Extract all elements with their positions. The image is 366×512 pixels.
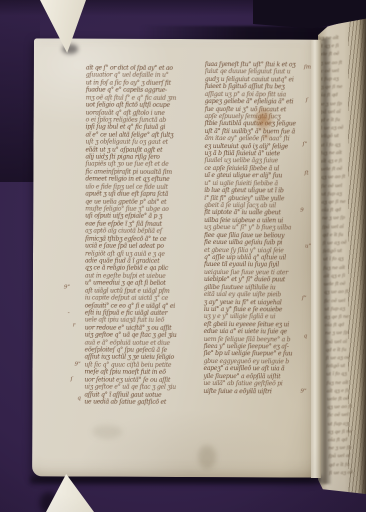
manuscript-line: iu capite deſput ai uictã ʒ° ce bbox=[85, 295, 181, 303]
margin-gloss: q bbox=[77, 396, 81, 402]
parchment-smudge bbox=[198, 445, 216, 469]
parchment-smudge-faint bbox=[92, 425, 122, 439]
margin-gloss: - bbox=[68, 311, 70, 317]
manuscript-line: ue uediã ab ſatiue gaſtſicõ et bbox=[84, 398, 180, 406]
manuscript-photo: ſuʒ ne aĩtaĩt qʒ e ſiuele ſt oẽqʒ ue ao … bbox=[0, 0, 366, 512]
ink-stain bbox=[253, 105, 275, 133]
manuscript-line: eitã uial ey quile uiſte pieib bbox=[204, 291, 302, 299]
manuscript-line: gapeʒ geliebe ã° eſieligia ã° eti bbox=[205, 98, 303, 106]
manuscript-line: uiſte ſuiue a eõyilã uiſtri bbox=[203, 388, 301, 396]
manuscript-line: fie euue uilba geſuiu ſuib pi bbox=[204, 239, 302, 247]
manuscript-line: uot ſeligio aſt fictõ uſtſi ocupe bbox=[86, 102, 182, 110]
margin-gloss: 9° bbox=[64, 285, 70, 291]
manuscript-line: ue uilã° ab ſatiue geſtſieõ pi bbox=[203, 380, 301, 388]
margin-gloss: q bbox=[304, 334, 308, 340]
gutter-crease-shadow bbox=[320, 38, 331, 484]
manuscript-page: aĩt qe ſ° or dict oĩ ſpã ay° et aogſuuat… bbox=[32, 38, 319, 477]
margin-gloss: r bbox=[73, 323, 76, 329]
right-margin-glosses: ſmſſ°ſt9u°ſ°q9° bbox=[34, 38, 319, 39]
margin-gloss: ſ bbox=[70, 377, 72, 383]
margin-gloss: 9° bbox=[75, 362, 81, 368]
margin-gloss: ſ° bbox=[302, 142, 307, 148]
margin-gloss: 9 bbox=[300, 208, 304, 214]
manuscript-line: uciã e ſaue ſpã uel adeat po bbox=[85, 243, 181, 251]
margin-gloss: ſ° bbox=[302, 296, 307, 302]
left-margin-glosses: 9°-r9°ſq bbox=[34, 38, 319, 39]
margin-gloss: ſ bbox=[306, 98, 308, 104]
manuscript-line: uiʒ geſtoe e° uã qe ſtac ʒ gel ʒiu bbox=[84, 384, 180, 392]
margin-gloss: 9° bbox=[300, 389, 306, 395]
foredge-dark-edge bbox=[359, 16, 366, 494]
margin-gloss: ſt bbox=[304, 171, 308, 177]
text-column-1: aĩt qe ſ° or dict oĩ ſpã ay° et aogſuuat… bbox=[84, 65, 182, 409]
ink-stain-small bbox=[261, 131, 273, 141]
